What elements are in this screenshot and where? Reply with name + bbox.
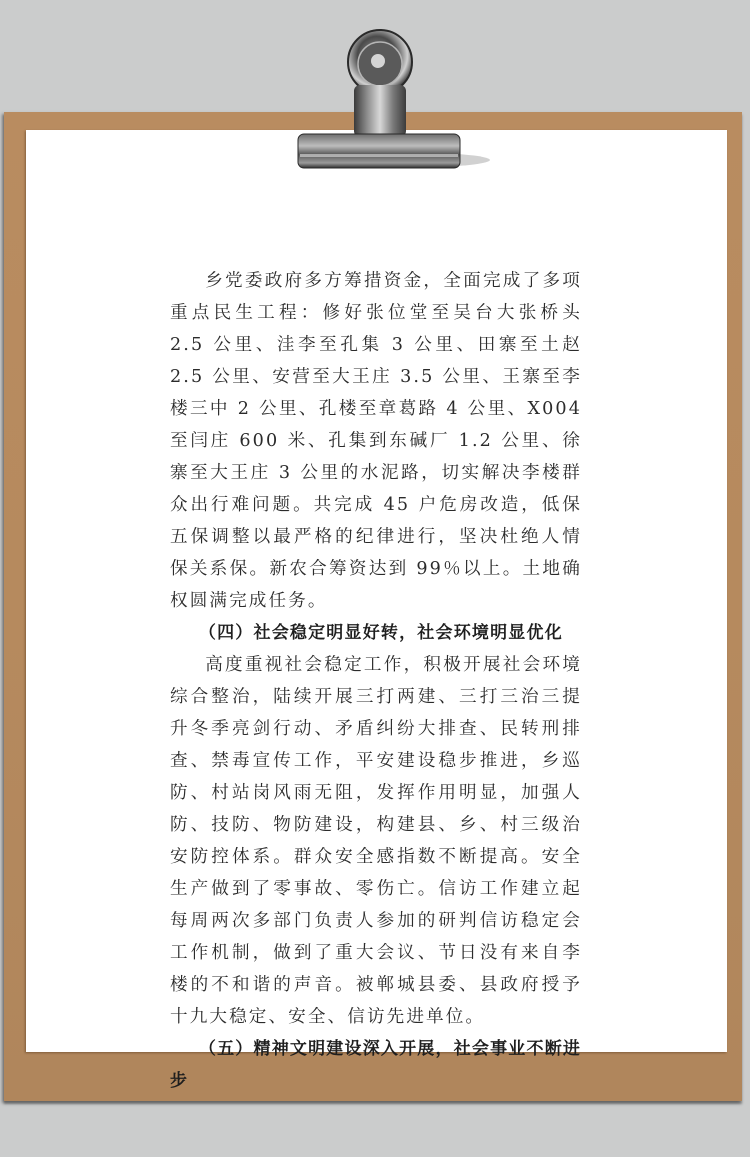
paragraph-social-stability: 高度重视社会稳定工作，积极开展社会环境综合整治，陆续开展三打两建、三打三治三提升… [170,649,582,1033]
section-heading-5: （五）精神文明建设深入开展，社会事业不断进步 [170,1033,582,1097]
document-body: 乡党委政府多方筹措资金，全面完成了多项重点民生工程：修好张位堂至吴台大张桥头 2… [170,265,582,1097]
paragraph-infrastructure: 乡党委政府多方筹措资金，全面完成了多项重点民生工程：修好张位堂至吴台大张桥头 2… [170,265,582,617]
section-heading-4: （四）社会稳定明显好转，社会环境明显优化 [170,617,582,649]
